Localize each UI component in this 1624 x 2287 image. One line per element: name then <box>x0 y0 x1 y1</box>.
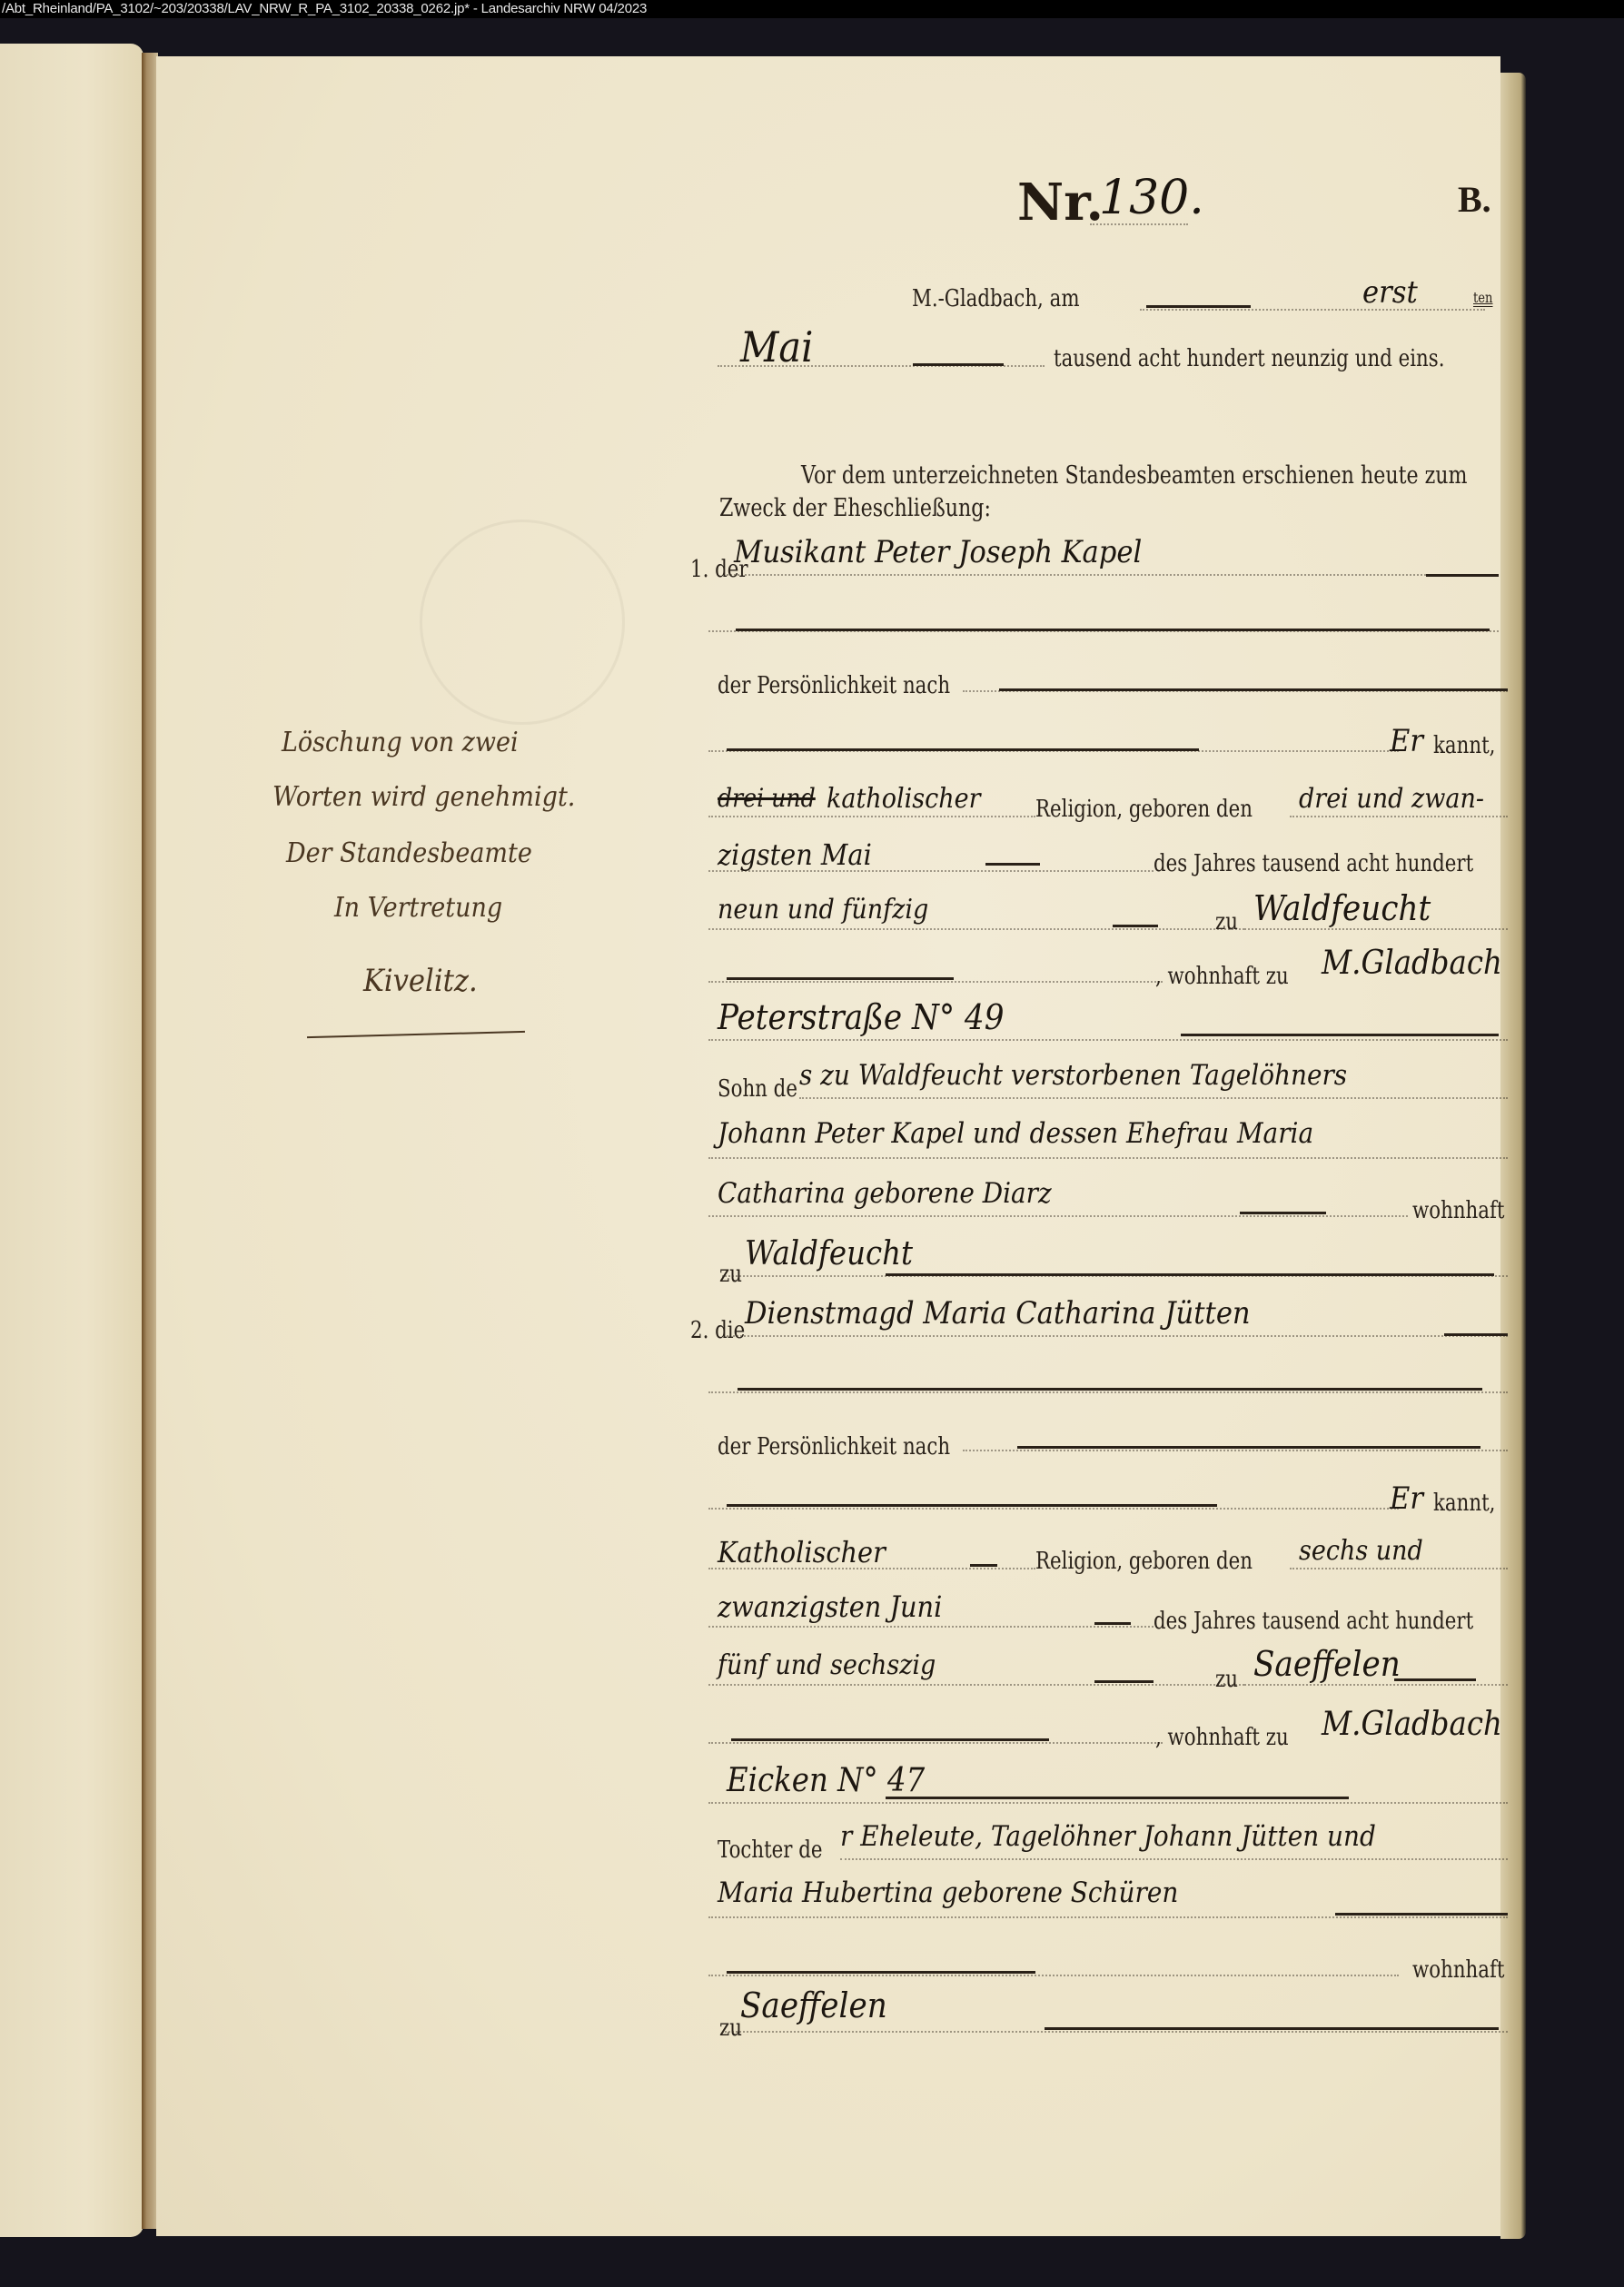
filler-dash <box>1335 1913 1508 1916</box>
filler-dash <box>727 748 1199 751</box>
bride-birth-day-2: zwanzigsten Juni <box>718 1589 942 1624</box>
groom-parents-line-1: s zu Waldfeucht verstorbenen Tagelöhners <box>799 1059 1347 1092</box>
faded-stamp-bleedthrough <box>420 520 625 725</box>
bride-identity-label: der Persönlichkeit nach <box>718 1433 950 1460</box>
margin-note-line-3: Der Standesbeamte <box>286 837 532 869</box>
bride-place-label: zu <box>1215 1666 1238 1693</box>
filler-dash <box>985 863 1040 866</box>
dotted-rule <box>708 1916 1508 1918</box>
groom-birth-day-2: zigsten Mai <box>718 837 872 872</box>
bride-name: Dienstmagd Maria Catharina Jütten <box>745 1295 1251 1332</box>
bride-birth-place: Saeffelen <box>1253 1644 1401 1684</box>
record-number-value: 130. <box>1099 171 1204 225</box>
bride-parents-line-2: Maria Hubertina geborene Schüren <box>718 1876 1178 1909</box>
margin-note-line-4: In Vertretung <box>334 892 502 924</box>
dotted-rule <box>708 1157 1508 1159</box>
filler-dash <box>727 977 954 980</box>
dotted-rule <box>722 2031 1508 2033</box>
dotted-rule <box>708 1626 1154 1628</box>
dotted-rule <box>1090 223 1188 225</box>
day-handwritten: erst <box>1362 274 1418 311</box>
filler-dash <box>731 1738 1049 1741</box>
dotted-rule <box>1290 816 1508 817</box>
dotted-rule <box>1290 1568 1508 1569</box>
dotted-rule <box>708 1975 1399 1976</box>
groom-religion-label: Religion, geboren den <box>1035 796 1253 823</box>
intro-line-1: Vor dem unterzeichneten Standesbeamten e… <box>801 461 1468 490</box>
dotted-rule <box>708 1742 1163 1744</box>
filler-dash <box>999 688 1508 691</box>
dotted-rule <box>708 1391 1508 1393</box>
groom-parents-place: Waldfeucht <box>745 1235 913 1272</box>
filler-dash <box>886 1273 1494 1276</box>
groom-year-label: des Jahres tausend acht hundert <box>1154 850 1473 877</box>
dotted-rule <box>727 574 1499 576</box>
bride-parents-residence-label: wohnhaft <box>1412 1956 1504 1984</box>
dotted-rule <box>1244 928 1508 930</box>
left-page <box>0 44 144 2237</box>
place-label: M.-Gladbach, am <box>912 285 1080 312</box>
month-handwritten: Mai <box>740 322 813 371</box>
dotted-rule <box>1244 1684 1508 1686</box>
groom-birth-year: neun und fünfzig <box>718 894 928 926</box>
groom-birth-place: Waldfeucht <box>1253 888 1431 928</box>
dotted-rule <box>708 981 1163 983</box>
groom-religion-struck: drei und <box>718 783 816 813</box>
groom-street: Peterstraße N° 49 <box>718 997 1004 1037</box>
bride-identity-suffix-hand: Er <box>1390 1480 1423 1517</box>
section-letter: B. <box>1458 178 1491 221</box>
bride-parents-line-1: r Eheleute, Tagelöhner Johann Jütten und <box>840 1820 1376 1853</box>
filler-dash <box>736 629 1490 631</box>
groom-identity-suffix: kannt, <box>1433 732 1495 759</box>
groom-parents-line-3: Catharina geborene Diarz <box>718 1177 1052 1210</box>
groom-residence-label: , wohnhaft zu <box>1155 963 1289 990</box>
dotted-rule <box>963 1450 1508 1451</box>
filler-dash <box>970 1564 997 1567</box>
filler-dash <box>1113 925 1158 927</box>
margin-note-line-2: Worten wird genehmigt. <box>272 781 575 813</box>
dotted-rule <box>1140 309 1485 311</box>
filler-dash <box>727 1971 1035 1974</box>
bride-identity-suffix: kannt, <box>1433 1490 1495 1517</box>
filler-dash <box>1094 1680 1154 1683</box>
groom-place-label: zu <box>1215 908 1238 936</box>
filler-dash <box>1094 1622 1131 1625</box>
bride-street: Eicken N° 47 <box>727 1762 925 1799</box>
window-title: /Abt_Rheinland/PA_3102/~203/20338/LAV_NR… <box>2 1 647 16</box>
filler-dash <box>1240 1212 1326 1214</box>
filler-dash <box>1045 2027 1499 2030</box>
bride-parents-place: Saeffelen <box>740 1985 887 2025</box>
filler-dash <box>913 363 1004 366</box>
dotted-rule <box>708 1039 1508 1041</box>
groom-name: Musikant Peter Joseph Kapel <box>734 534 1142 570</box>
filler-dash <box>1181 1034 1499 1036</box>
filler-dash <box>1017 1446 1480 1449</box>
groom-parents-place-label: zu <box>719 1261 742 1288</box>
groom-parents-line-2: Johann Peter Kapel und dessen Ehefrau Ma… <box>718 1117 1313 1150</box>
intro-line-2: Zweck der Eheschließung: <box>719 494 991 522</box>
bride-number: 2. die <box>690 1317 745 1344</box>
bride-residence-label: , wohnhaft zu <box>1155 1724 1289 1751</box>
filler-dash <box>1444 1333 1508 1336</box>
bride-religion-label: Religion, geboren den <box>1035 1548 1253 1575</box>
groom-religion: katholischer <box>827 783 980 815</box>
dotted-rule <box>708 1802 1508 1804</box>
day-suffix: ten <box>1473 289 1492 306</box>
groom-birth-day-1: drei und zwan- <box>1299 783 1484 815</box>
dotted-rule <box>799 1097 1508 1099</box>
dotted-rule <box>727 1335 1508 1337</box>
bride-year-label: des Jahres tausend acht hundert <box>1154 1608 1473 1635</box>
bride-parents-label: Tochter de <box>718 1837 822 1864</box>
filler-dash <box>738 1388 1482 1391</box>
bride-residence: M.Gladbach <box>1322 1706 1502 1743</box>
groom-parents-label: Sohn de <box>718 1075 797 1103</box>
filler-dash <box>1426 574 1499 577</box>
margin-note-line-1: Löschung von zwei <box>282 727 519 758</box>
window-title-bar: /Abt_Rheinland/PA_3102/~203/20338/LAV_NR… <box>0 0 1624 18</box>
dotted-rule <box>708 1215 1408 1217</box>
filler-dash <box>727 1504 1217 1507</box>
bride-birth-year: fünf und sechszig <box>718 1649 936 1681</box>
year-text: tausend acht hundert neunzig und eins. <box>1054 345 1445 372</box>
dotted-rule <box>708 1684 1244 1686</box>
groom-parents-residence-label: wohnhaft <box>1412 1197 1504 1224</box>
bride-parents-place-label: zu <box>719 2015 742 2042</box>
bride-religion: Katholischer <box>718 1535 886 1569</box>
bride-birth-day-1: sechs und <box>1299 1535 1423 1567</box>
filler-dash <box>1394 1678 1476 1681</box>
dotted-rule <box>708 928 1244 930</box>
margin-note-signature: Kivelitz. <box>363 963 478 999</box>
groom-identity-label: der Persönlichkeit nach <box>718 672 950 699</box>
groom-residence: M.Gladbach <box>1322 945 1502 982</box>
dotted-rule <box>708 816 1035 817</box>
groom-identity-suffix-hand: Er <box>1390 723 1423 759</box>
filler-dash <box>886 1797 1349 1799</box>
dotted-rule <box>840 1858 1508 1860</box>
filler-dash <box>1146 305 1251 308</box>
dotted-rule <box>708 1508 1399 1510</box>
